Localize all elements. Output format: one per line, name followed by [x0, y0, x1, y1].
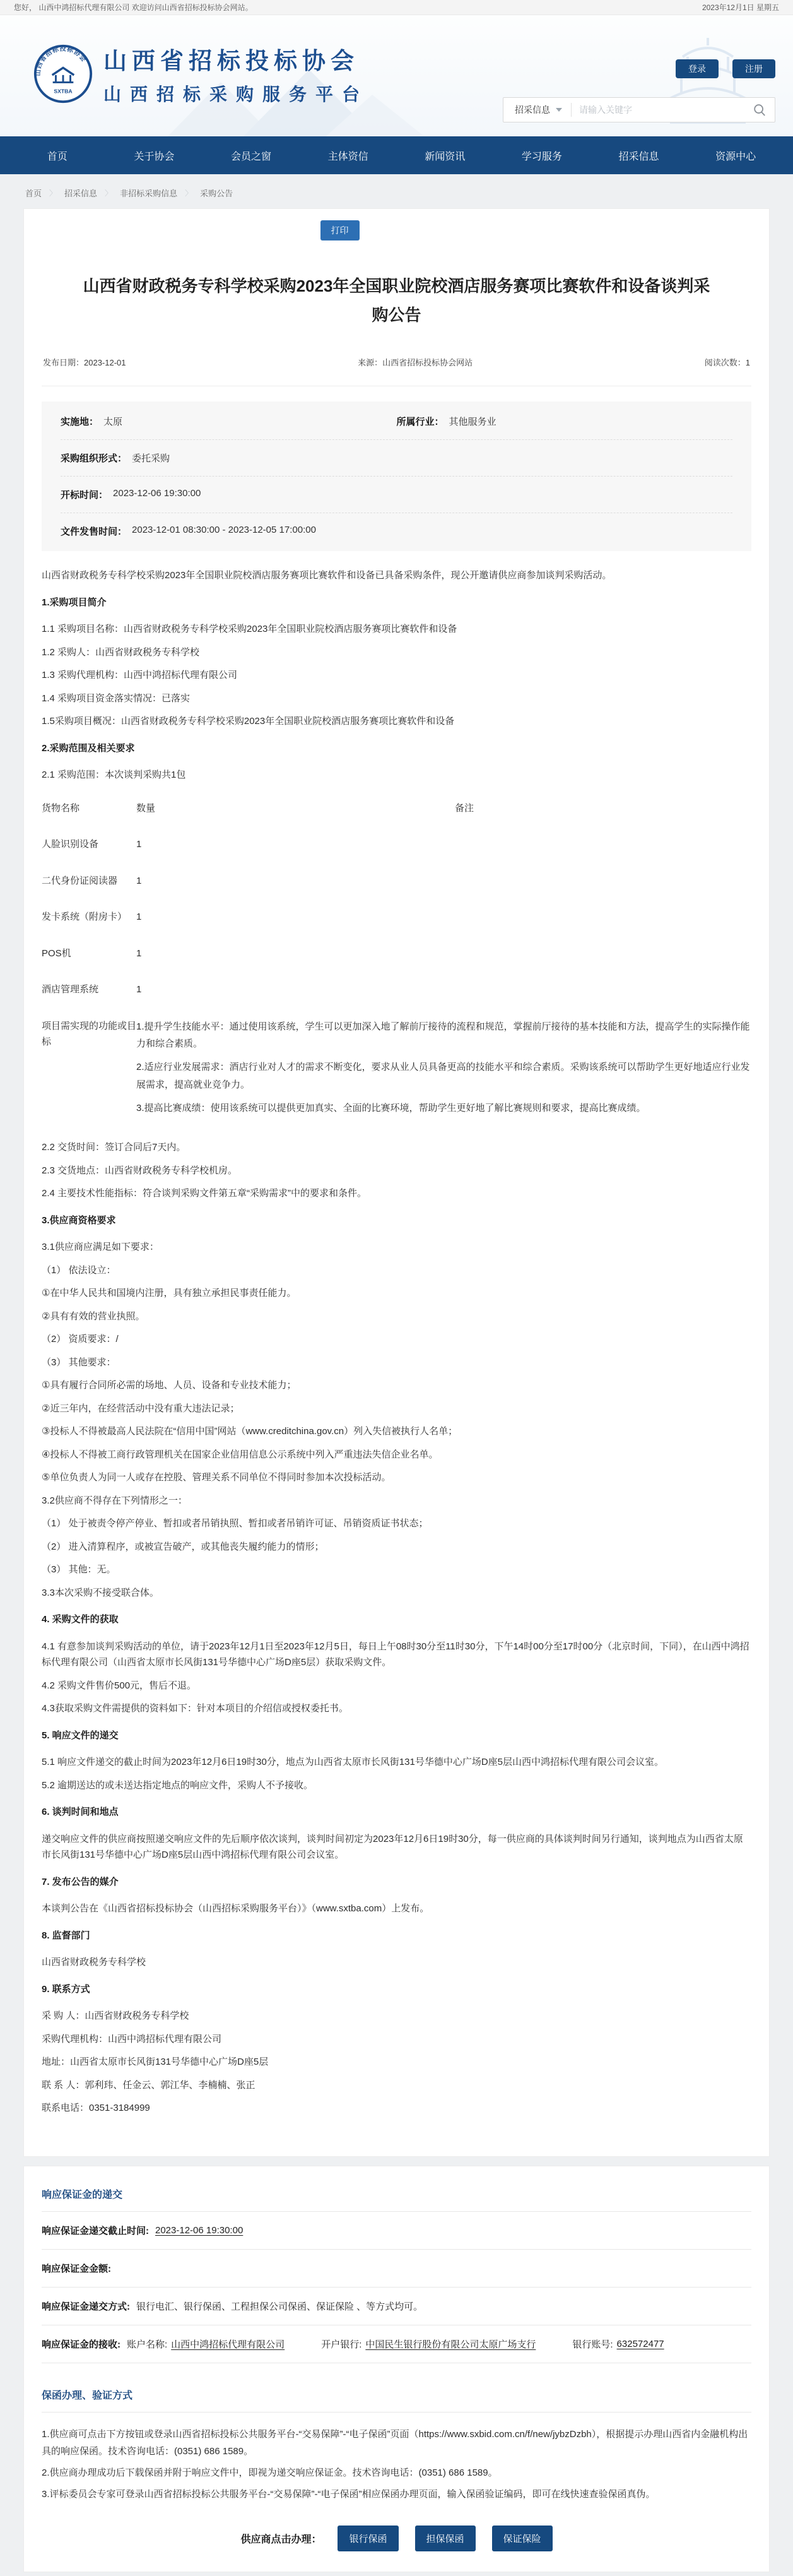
goods-name: POS机 — [42, 935, 136, 972]
goods-row: 二代身份证阅读器 1 — [42, 863, 751, 899]
info-value: 委托采购 — [132, 451, 170, 465]
body-paragraph: ①具有履行合同所必需的场地、人员、设备和专业技术能力； — [42, 1377, 751, 1394]
goods-qty: 1 — [136, 899, 455, 935]
logo: 山西省招标投标协会 SXTBA 山西省招标投标协会 山西招标采购服务平台 — [33, 42, 368, 106]
search-bar: 招采信息 — [503, 97, 775, 122]
deposit-receive-row: 响应保证金的接收: 账户名称: 山西中鸿招标代理有限公司 开户银行: 中国民生银… — [42, 2325, 751, 2363]
top-strip: 您好， 山西中鸿招标代理有限公司 欢迎访问山西省招标投标协会网站。 2023年1… — [0, 0, 793, 15]
breadcrumb: 首页 〉 招采信息 〉 非招标采购信息 〉 采购公告 — [0, 174, 793, 208]
body-paragraph: 3.1供应商应满足如下要求： — [42, 1239, 751, 1255]
guarantee-item: 2.供应商办理成功后下载保函并附于响应文件中，即视为递交响应保证金。技术咨询电话… — [42, 2464, 751, 2481]
goal-item: 3.提高比赛成绩：使用该系统可以提供更加真实、全面的比赛环境，帮助学生更好地了解… — [136, 1100, 751, 1117]
goal-content: 1.提升学生技能水平：通过使用该系统，学生可以更加深入地了解前厅接待的流程和规范… — [136, 1008, 751, 1133]
deposit-receive-label: 响应保证金的接收: — [42, 2337, 120, 2351]
print-button[interactable]: 打印 — [320, 220, 360, 240]
section-heading: 6. 谈判时间和地点 — [42, 1804, 751, 1820]
deposit-method-value: 银行电汇、银行保函、工程担保公司保函、保证保险 、等方式均可。 — [136, 2300, 423, 2313]
body-paragraph: ③投标人不得被最高人民法院在“信用中国”网站（www.creditchina.g… — [42, 1423, 751, 1440]
body-paragraph: 1.1 采购项目名称：山西省财政税务专科学校采购2023年全国职业院校酒店服务赛… — [42, 621, 751, 638]
goods-table: 货物名称 数量 备注 人脸识别设备 1 二代身份证阅读器 1 发卡系统（附房卡）… — [42, 790, 751, 1133]
guarantee-instructions: 1.供应商可点击下方按钮或登录山西省招标投标公共服务平台-“交易保障”-“电子保… — [42, 2413, 751, 2503]
chevron-down-icon — [556, 108, 562, 112]
nav-item-bidding-info[interactable]: 招采信息 — [590, 136, 688, 174]
publish-date: 发布日期：2023-12-01 — [43, 356, 126, 368]
nav-item-learning[interactable]: 学习服务 — [493, 136, 590, 174]
body-paragraph: 5.2 逾期送达的或未送达指定地点的响应文件，采购人不予接收。 — [42, 1778, 751, 1794]
info-row: 实施地： 太原 所属行业： 其他服务业 — [61, 403, 732, 440]
breadcrumb-separator: 〉 — [105, 187, 112, 198]
body-paragraph: （1） 处于被责令停产停业、暂扣或者吊销执照、暂扣或者吊销许可证、吊销资质证书状… — [42, 1516, 751, 1532]
body-paragraph: 5.1 响应文件递交的截止时间为2023年12月6日19时30分，地点为山西省太… — [42, 1754, 751, 1771]
deposit-deadline-row: 响应保证金递交截止时间: 2023-12-06 19:30:00 — [42, 2212, 751, 2250]
search-category-select[interactable]: 招采信息 — [503, 104, 571, 116]
info-value: 2023-12-01 08:30:00 - 2023-12-05 17:00:0… — [132, 525, 316, 538]
nav-item-members[interactable]: 会员之窗 — [203, 136, 300, 174]
search-input[interactable] — [572, 105, 744, 115]
bank-guarantee-button[interactable]: 银行保函 — [338, 2526, 398, 2551]
body-paragraph: 3.2供应商不得存在下列情形之一： — [42, 1493, 751, 1509]
info-label: 文件发售时间： — [61, 525, 127, 538]
info-label: 采购组织形式： — [61, 451, 127, 465]
body-paragraph: 递交响应文件的供应商按照递交响应文件的先后顺序依次谈判，谈判时间初定为2023年… — [42, 1831, 751, 1863]
association-seal-icon: 山西省招标投标协会 SXTBA — [33, 44, 93, 104]
main-nav: 首页 关于协会 会员之窗 主体资信 新闻资讯 学习服务 招采信息 资源中心 — [0, 136, 793, 174]
body-paragraph: 2.1 采购范围：本次谈判采购共1包 — [42, 767, 751, 783]
goods-remark — [455, 899, 751, 935]
body-paragraph: 2.2 交货时间：签订合同后7天内。 — [42, 1139, 751, 1156]
nav-item-home[interactable]: 首页 — [9, 136, 106, 174]
guarantee-section-title: 保函办理、验证方式 — [42, 2382, 751, 2412]
info-row: 采购组织形式： 委托采购 — [61, 440, 732, 477]
account-name-label: 账户名称: — [127, 2337, 167, 2351]
svg-text:SXTBA: SXTBA — [54, 88, 72, 95]
section-heading: 2.采购范围及相关要求 — [42, 740, 751, 757]
section-heading: 7. 发布公告的媒介 — [42, 1874, 751, 1890]
info-label: 实施地： — [61, 415, 98, 428]
goods-row: POS机 1 — [42, 935, 751, 972]
body-paragraph: 1.4 采购项目资金落实情况：已落实 — [42, 691, 751, 707]
breadcrumb-separator: 〉 — [49, 187, 57, 198]
body-paragraph: 采 购 人：山西省财政税务专科学校 — [42, 2008, 751, 2024]
section-heading: 3.供应商资格要求 — [42, 1213, 751, 1229]
login-button[interactable]: 登录 — [676, 59, 719, 78]
goods-col-qty: 数量 — [136, 790, 455, 827]
goods-qty: 1 — [136, 935, 455, 972]
date-text: 2023年12月1日 星期五 — [702, 2, 779, 13]
body-paragraph: 4.3获取采购文件需提供的资料如下：针对本项目的介绍信或授权委托书。 — [42, 1701, 751, 1717]
body-paragraph: ②近三年内，在经营活动中没有重大违法记录； — [42, 1401, 751, 1417]
bank-label: 开户银行: — [321, 2337, 361, 2351]
body-paragraph: 2.4 主要技术性能指标：符合谈判采购文件第五章“采购需求”中的要求和条件。 — [42, 1185, 751, 1202]
body-paragraph: ⑤单位负责人为同一人或存在控股、管理关系不同单位不得同时参加本次投标活动。 — [42, 1469, 751, 1486]
breadcrumb-non-bid-info[interactable]: 非招标采购信息 — [120, 187, 177, 199]
account-number-value: 632572477 — [617, 2339, 664, 2349]
goods-qty: 1 — [136, 971, 455, 1008]
info-value: 其他服务业 — [449, 415, 496, 428]
goods-name: 发卡系统（附房卡） — [42, 899, 136, 935]
section-heading: 9. 联系方式 — [42, 1981, 751, 1998]
goods-name: 二代身份证阅读器 — [42, 863, 136, 899]
body-paragraph: 1.5采购项目概况：山西省财政税务专科学校采购2023年全国职业院校酒店服务赛项… — [42, 713, 751, 730]
section-heading: 8. 监督部门 — [42, 1928, 751, 1944]
body-paragraph: （2） 进入清算程序，或被宣告破产，或其他丧失履约能力的情形； — [42, 1539, 751, 1555]
info-label: 开标时间： — [61, 488, 108, 501]
nav-item-news[interactable]: 新闻资讯 — [397, 136, 494, 174]
info-row: 文件发售时间： 2023-12-01 08:30:00 - 2023-12-05… — [61, 513, 732, 549]
deposit-method-row: 响应保证金递交方式: 银行电汇、银行保函、工程担保公司保函、保证保险 、等方式均… — [42, 2288, 751, 2325]
body-paragraph: 本谈判公告在《山西省招标投标协会（山西招标采购服务平台）》（www.sxtba.… — [42, 1901, 751, 1917]
deposit-section-title: 响应保证金的递交 — [42, 2181, 751, 2211]
body-paragraph: （2） 资质要求：/ — [42, 1331, 751, 1348]
account-name-value: 山西中鸿招标代理有限公司 — [171, 2337, 285, 2351]
info-label: 所属行业： — [397, 415, 444, 428]
breadcrumb-separator: 〉 — [185, 187, 192, 198]
surety-guarantee-button[interactable]: 担保保函 — [415, 2526, 476, 2551]
goods-remark — [455, 826, 751, 863]
body-paragraph: 2.3 交货地点：山西省财政税务专科学校机房。 — [42, 1163, 751, 1179]
site-header: 山西省招标投标协会 SXTBA 山西省招标投标协会 山西招标采购服务平台 登录 … — [0, 15, 793, 136]
goods-remark — [455, 863, 751, 899]
goods-row: 酒店管理系统 1 — [42, 971, 751, 1008]
body-paragraph: 4.1 有意参加谈判采购活动的单位，请于2023年12月1日至2023年12月5… — [42, 1639, 751, 1671]
body-paragraph: （1） 依法设立： — [42, 1262, 751, 1279]
cta-label: 供应商点击办理： — [240, 2531, 321, 2546]
goods-remark — [455, 935, 751, 972]
section-heading: 1.采购项目简介 — [42, 595, 751, 611]
body-paragraph: ②具有有效的营业执照。 — [42, 1309, 751, 1325]
body-paragraph: 山西省财政税务专科学校采购2023年全国职业院校酒店服务赛项比赛软件和设备已具备… — [42, 567, 751, 584]
breadcrumb-current: 采购公告 — [200, 187, 233, 199]
bank-value: 中国民生银行股份有限公司太原广场支行 — [365, 2337, 536, 2351]
search-button[interactable] — [744, 98, 775, 122]
article-part2: 2.2 交货时间：签订合同后7天内。2.3 交货地点：山西省财政税务专科学校机房… — [42, 1139, 751, 2116]
meta-divider — [42, 386, 751, 386]
goods-qty: 1 — [136, 826, 455, 863]
article-body: 山西省财政税务专科学校采购2023年全国职业院校酒店服务赛项比赛软件和设备已具备… — [42, 567, 751, 2116]
deposit-amount-label: 响应保证金金额: — [42, 2262, 111, 2275]
deposit-card: 响应保证金的递交 响应保证金递交截止时间: 2023-12-06 19:30:0… — [23, 2166, 770, 2572]
deposit-amount-row: 响应保证金金额: — [42, 2250, 751, 2288]
body-paragraph: 山西省财政税务专科学校 — [42, 1954, 751, 1971]
register-button[interactable]: 注册 — [732, 59, 775, 78]
account-number-label: 银行账号: — [572, 2337, 613, 2351]
info-row: 开标时间： 2023-12-06 19:30:00 — [61, 477, 732, 513]
goal-item: 1.提升学生技能水平：通过使用该系统，学生可以更加深入地了解前厅接待的流程和规范… — [136, 1018, 751, 1054]
breadcrumb-home[interactable]: 首页 — [25, 187, 42, 199]
goods-col-remark: 备注 — [455, 790, 751, 827]
article-meta: 发布日期：2023-12-01 来源：山西省招标投标协会网站 阅读次数：1 — [42, 352, 751, 368]
goods-row: 发卡系统（附房卡） 1 — [42, 899, 751, 935]
body-paragraph: 4.2 采购文件售价500元，售后不退。 — [42, 1678, 751, 1694]
body-paragraph: ④投标人不得被工商行政管理机关在国家企业信用信息公示系统中列入严重违法失信企业名… — [42, 1447, 751, 1463]
search-icon — [753, 103, 767, 117]
guarantee-item: 3.评标委员会专家可登录山西省招标投标公共服务平台-“交易保障”-“电子保函”相… — [42, 2486, 751, 2503]
body-paragraph: 地址：山西省太原市长风街131号华德中心广场D座5层 — [42, 2054, 751, 2070]
body-paragraph: 3.3本次采购不接受联合体。 — [42, 1585, 751, 1601]
goods-col-name: 货物名称 — [42, 790, 136, 827]
info-value: 2023-12-06 19:30:00 — [113, 488, 201, 501]
body-paragraph: 联 系 人：郭利玮、任金云、郭江华、李楠楠、张正 — [42, 2077, 751, 2094]
page-title: 山西省财政税务专科学校采购2023年全国职业院校酒店服务赛项比赛软件和设备谈判采… — [78, 272, 715, 329]
body-paragraph: 1.2 采购人：山西省财政税务专科学校 — [42, 644, 751, 661]
deposit-deadline-label: 响应保证金递交截止时间: — [42, 2224, 149, 2237]
guarantee-item: 1.供应商可点击下方按钮或登录山西省招标投标公共服务平台-“交易保障”-“电子保… — [42, 2426, 751, 2460]
body-paragraph: ①在中华人民共和国境内注册，具有独立承担民事责任能力。 — [42, 1285, 751, 1302]
brand-title: 山西省招标投标协会 — [103, 42, 368, 76]
guarantee-section: 保函办理、验证方式 1.供应商可点击下方按钮或登录山西省招标投标公共服务平台-“… — [42, 2382, 751, 2551]
nav-item-about[interactable]: 关于协会 — [106, 136, 203, 174]
deposit-method-label: 响应保证金递交方式: — [42, 2300, 130, 2313]
deposit-deadline-value: 2023-12-06 19:30:00 — [155, 2225, 243, 2236]
goods-header-row: 货物名称 数量 备注 — [42, 790, 751, 827]
section-heading: 5. 响应文件的递交 — [42, 1728, 751, 1744]
goods-name: 人脸识别设备 — [42, 826, 136, 863]
guarantee-cta-row: 供应商点击办理： 银行保函 担保保函 保证保险 — [42, 2526, 751, 2551]
greeting-text: 您好， 山西中鸿招标代理有限公司 欢迎访问山西省招标投标协会网站。 — [14, 2, 253, 13]
announcement-card: 打印 山西省财政税务专科学校采购2023年全国职业院校酒店服务赛项比赛软件和设备… — [23, 208, 770, 2157]
body-paragraph: 联系电话：0351-3184999 — [42, 2100, 751, 2116]
body-paragraph: （3） 其他：无。 — [42, 1562, 751, 1578]
body-paragraph: 1.3 采购代理机构：山西中鸿招标代理有限公司 — [42, 667, 751, 684]
body-paragraph: 采购代理机构：山西中鸿招标代理有限公司 — [42, 2031, 751, 2048]
source: 来源：山西省招标投标协会网站 — [358, 356, 473, 368]
goods-row: 人脸识别设备 1 — [42, 826, 751, 863]
nav-item-resources[interactable]: 资源中心 — [687, 136, 784, 174]
goal-item: 2.适应行业发展需求：酒店行业对人才的需求不断变化，要求从业人员具备更高的技能水… — [136, 1059, 751, 1094]
nav-item-credit[interactable]: 主体资信 — [300, 136, 397, 174]
project-info-box: 实施地： 太原 所属行业： 其他服务业 采购组织形式： 委托采购 开标时间： 2… — [42, 401, 751, 551]
goods-remark — [455, 971, 751, 1008]
goods-qty: 1 — [136, 863, 455, 899]
info-value: 太原 — [103, 415, 122, 428]
breadcrumb-bidding-info[interactable]: 招采信息 — [64, 187, 97, 199]
search-category-label: 招采信息 — [515, 104, 550, 116]
body-paragraph: （3） 其他要求： — [42, 1355, 751, 1371]
goods-name: 酒店管理系统 — [42, 971, 136, 1008]
brand-subtitle: 山西招标采购服务平台 — [103, 81, 368, 106]
project-goal-row: 项目需实现的功能或目标 1.提升学生技能水平：通过使用该系统，学生可以更加深入地… — [42, 1008, 751, 1133]
insurance-guarantee-button[interactable]: 保证保险 — [492, 2526, 553, 2551]
goal-label: 项目需实现的功能或目标 — [42, 1008, 136, 1133]
section-heading: 4. 采购文件的获取 — [42, 1611, 751, 1628]
view-count: 阅读次数：1 — [705, 356, 750, 368]
article-part1: 山西省财政税务专科学校采购2023年全国职业院校酒店服务赛项比赛软件和设备已具备… — [42, 567, 751, 783]
